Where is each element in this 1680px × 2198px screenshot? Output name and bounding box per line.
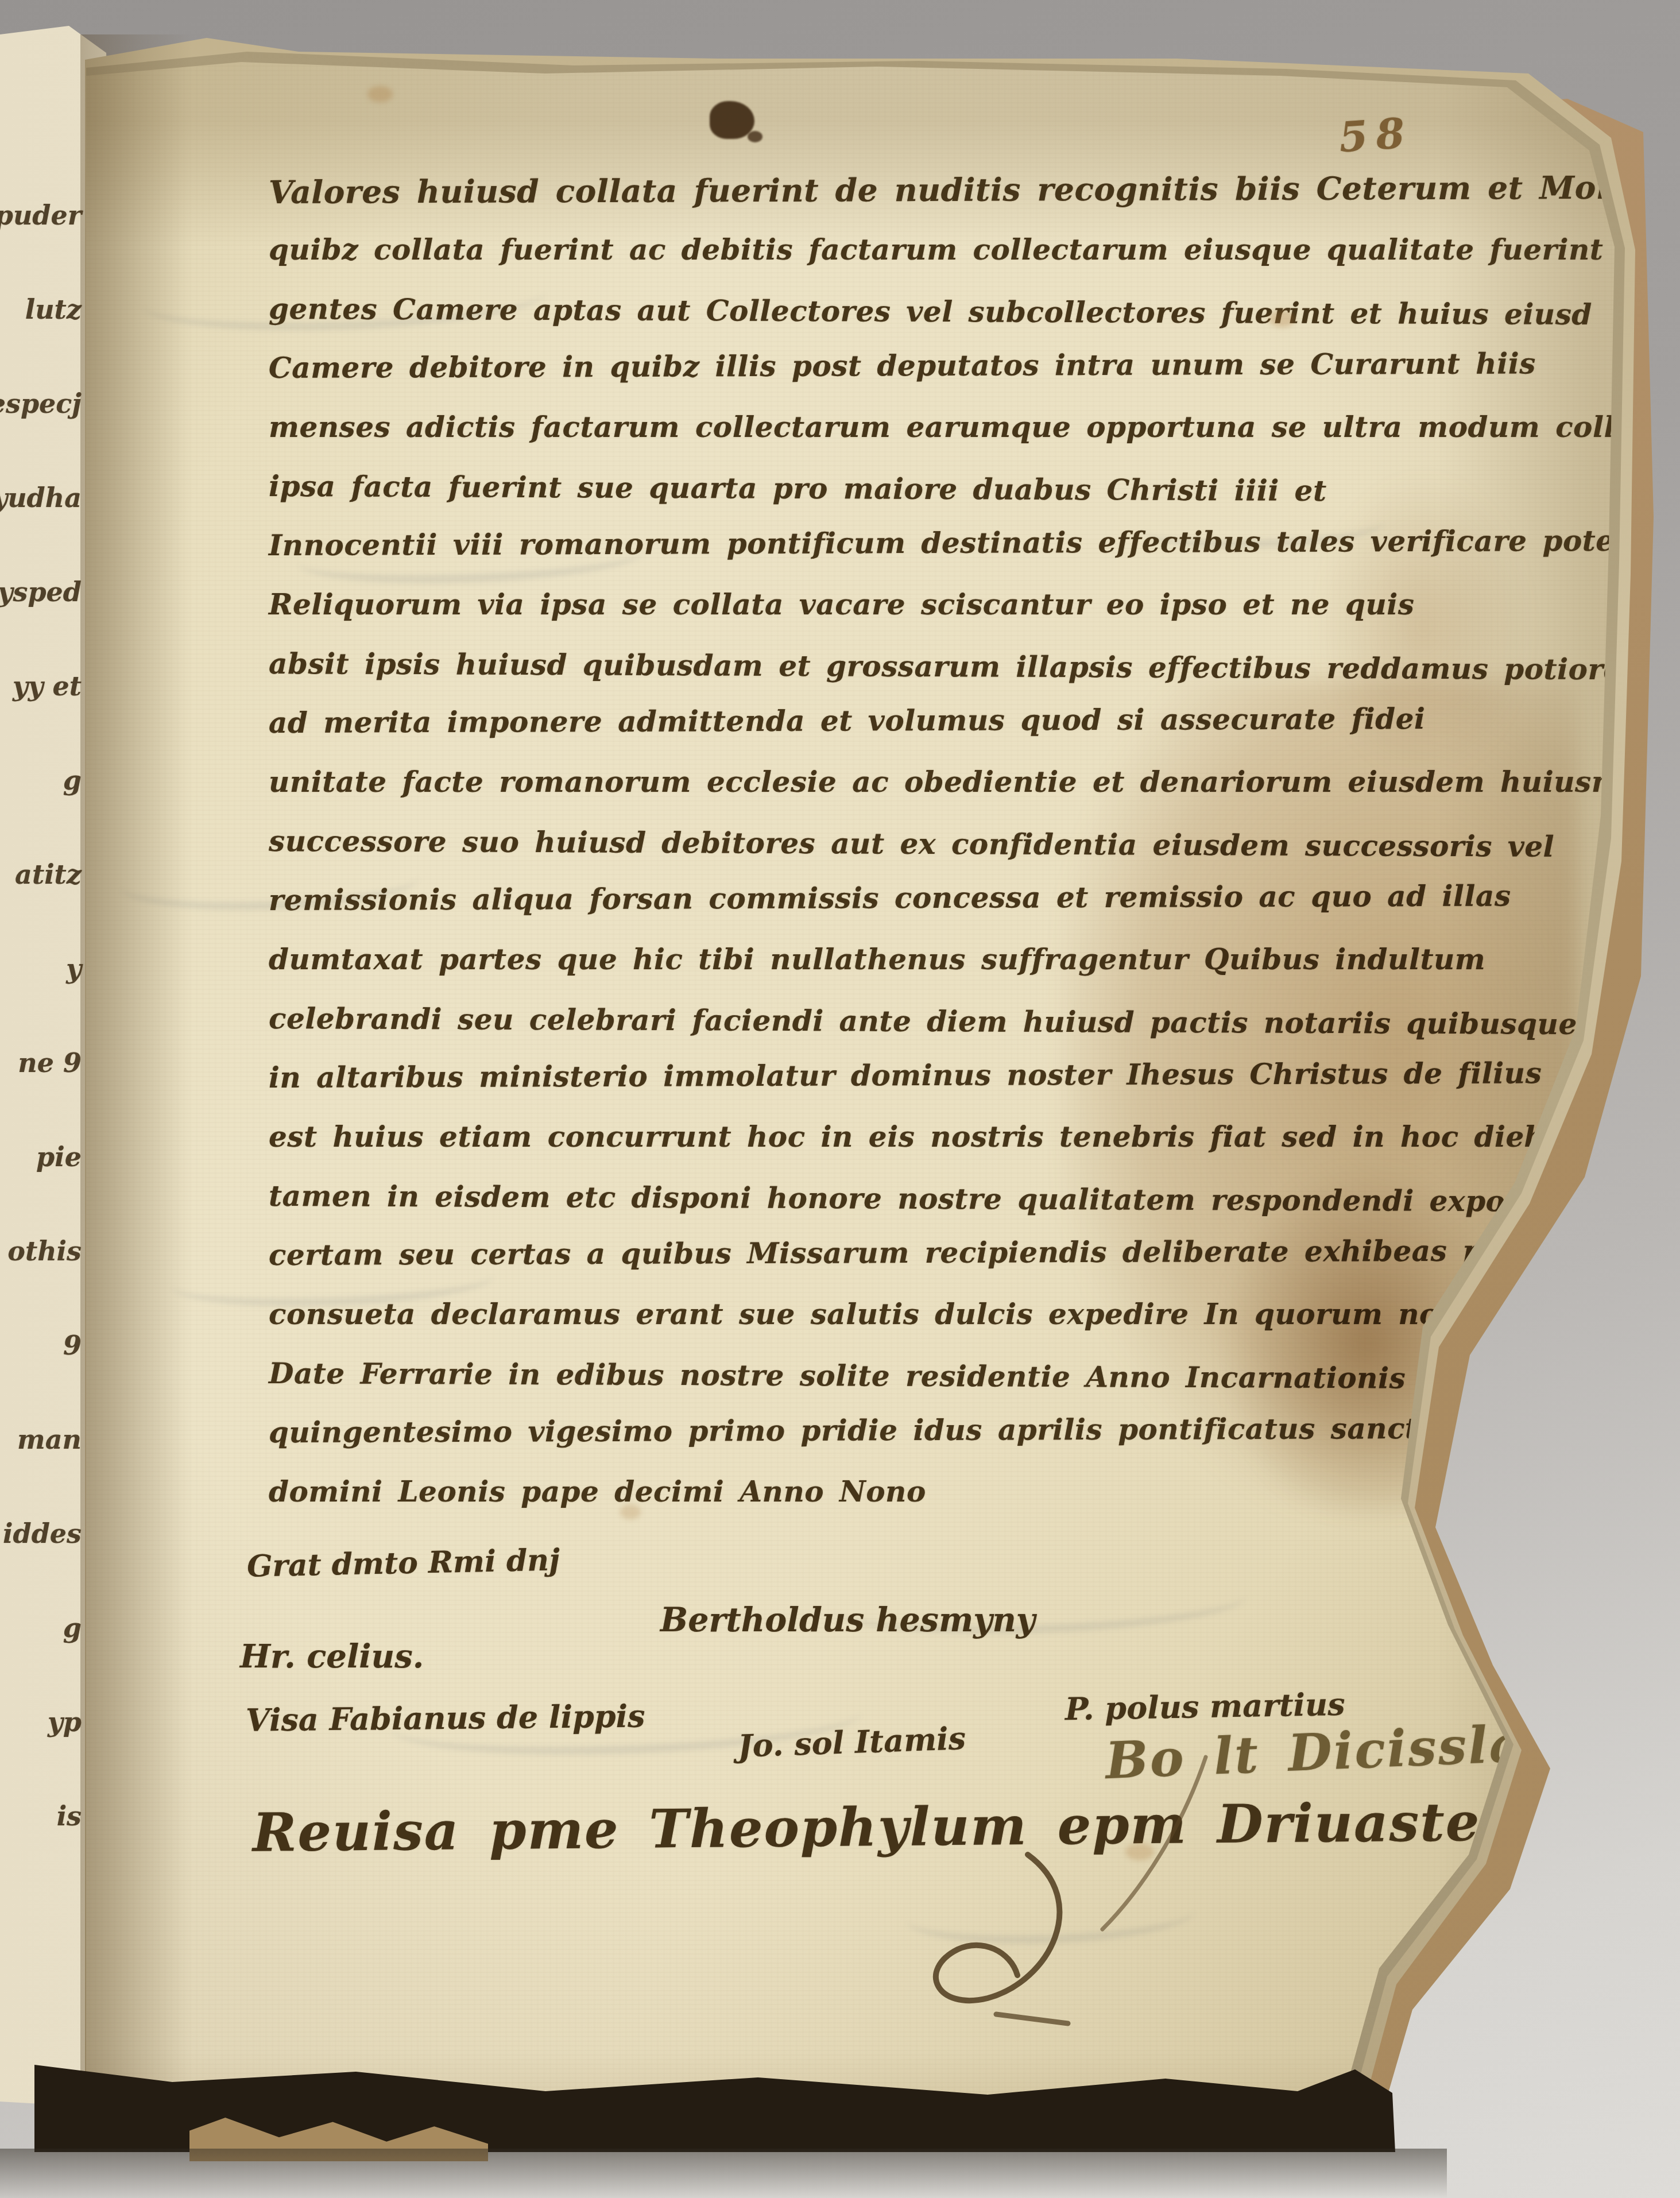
marginal-fragment: ne 9 (0, 1047, 87, 1141)
marginal-fragment: 9 (0, 1330, 87, 1424)
marginal-fragment: y (0, 953, 87, 1047)
foxing-spot (1125, 1843, 1154, 1860)
marginal-fragment: yy et (0, 671, 87, 765)
foxing-spot (1269, 310, 1295, 327)
marginal-fragment: g (0, 1612, 87, 1706)
marginal-fragment: man (0, 1424, 87, 1518)
marginal-fragment: puder (0, 200, 87, 294)
foxing-spot (367, 86, 393, 102)
manuscript-page: 58 Valores huiusd collata fuerint de nud… (0, 0, 1680, 2198)
book-drop-shadow (0, 2149, 1447, 2198)
ink-blot-small (748, 131, 762, 142)
marginal-fragment: yp (0, 1706, 87, 1801)
marginal-fragments: puderlutzespecjyudhayspedyy etgatitzyne … (0, 200, 87, 1895)
marginal-fragment: lutz (0, 294, 87, 388)
foxing-spot (620, 1504, 641, 1519)
marginal-fragment: especj (0, 388, 87, 482)
water-stain-faint (1315, 471, 1533, 781)
marginal-fragment: ysped (0, 576, 87, 671)
binding-gutter-shadow (80, 34, 212, 2113)
marginal-fragment: iddes (0, 1518, 87, 1612)
marginal-fragment: pie (0, 1141, 87, 1236)
marginal-fragment: yudha (0, 482, 87, 576)
ink-blot (710, 101, 754, 139)
scanned-manuscript-page: puderlutzespecjyudhayspedyy etgatitzyne … (0, 0, 1680, 2198)
marginal-fragment: atitz (0, 859, 87, 953)
marginal-fragment: othis (0, 1236, 87, 1330)
marginal-fragment: is (0, 1801, 87, 1895)
marginal-fragment: g (0, 765, 87, 859)
